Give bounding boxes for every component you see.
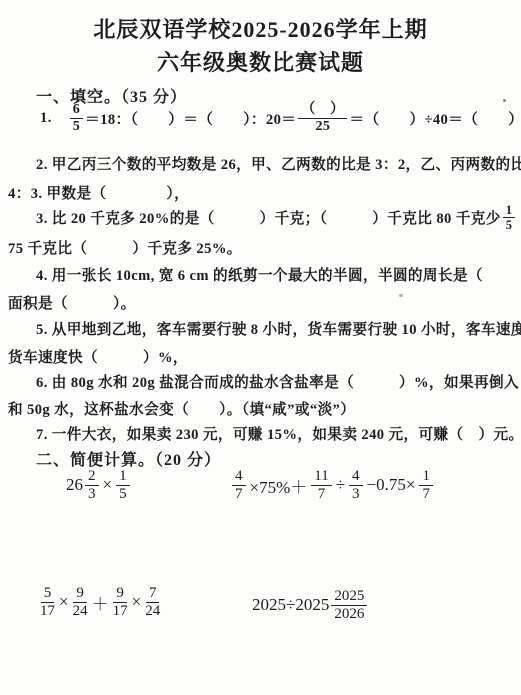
- fraction-denominator: 7: [422, 486, 430, 503]
- fraction-denominator: 24: [145, 603, 160, 620]
- fraction-numerator: 1: [116, 468, 130, 486]
- question-4-line1: 4. 用一张长 10cm, 宽 6 cm 的纸剪一个最大的半圆，半圆的周长是（ …: [36, 264, 521, 285]
- question-3-line1: 3. 比 20 千克多 20%的是（ ）千克；（ ）千克比 80 千克少 15: [36, 203, 517, 232]
- multiply-sign: ×: [132, 592, 142, 612]
- question-2-line1: 2. 甲乙丙三个数的平均数是 26，甲、乙两数的比是 3：2，乙、丙两数的比是: [36, 153, 521, 174]
- fraction-numerator: 11: [311, 468, 331, 486]
- fraction-denominator: 5: [73, 119, 80, 135]
- question-1: 1. 65 ＝18：（ ）＝（ ）：20＝ （ ）25 ＝（ ）÷40＝（ ）%: [40, 102, 521, 134]
- fraction-1-5: 15: [503, 203, 516, 232]
- fraction-numerator: 5: [41, 585, 55, 603]
- fraction-blank-25: （ ）25: [298, 102, 347, 134]
- test-paper-page: 北辰双语学校2025-2026学年上期 六年级奥数比赛试题 一、填空。（35 分…: [0, 0, 521, 695]
- paper-title-line2: 六年级奥数比赛试题: [0, 46, 521, 77]
- section-calc-heading: 二、简便计算。（20 分）: [36, 447, 221, 470]
- fraction-numerator: （ ）: [298, 102, 347, 119]
- question-3-text: 3. 比 20 千克多 20%的是（ ）千克；（ ）千克比 80 千克少: [36, 207, 501, 228]
- fraction-1-7: 17: [419, 468, 433, 503]
- paper-title-line1: 北辰双语学校2025-2026学年上期: [0, 13, 521, 44]
- fraction-denominator: 7: [235, 486, 243, 503]
- fraction-2-3: 23: [85, 468, 99, 503]
- fraction-denominator: 25: [315, 119, 330, 135]
- multiply-sign: ×: [59, 592, 69, 612]
- fraction-4-7: 47: [232, 468, 246, 503]
- fraction-numerator: 9: [73, 585, 87, 603]
- fraction-numerator: 6: [70, 102, 83, 119]
- question-3-line2: 75 千克比（ ）千克多 25%。: [8, 237, 242, 258]
- question-6-line2: 和 50g 水，这杯盐水会变（ ）。（填“咸”或“淡”）: [8, 398, 355, 419]
- expr2-op1: ×75%＋: [250, 473, 308, 498]
- expression-2: 47 ×75%＋ 117 ÷ 43 −0.75× 17: [230, 468, 435, 503]
- expr4-head: 2025÷2025: [252, 595, 329, 615]
- plus-sign: ＋: [92, 590, 109, 615]
- fraction-denominator: 17: [40, 603, 55, 620]
- fraction-denominator: 7: [318, 486, 326, 503]
- fraction-4-3: 43: [349, 468, 363, 503]
- question-4-line2: 面积是（ ）。: [8, 292, 136, 313]
- fraction-5-17: 517: [40, 585, 55, 620]
- fraction-denominator: 5: [506, 218, 513, 232]
- question-2-line2: 4：3. 甲数是（ ），: [8, 182, 189, 203]
- fraction-numerator: 2: [85, 468, 99, 486]
- question-5-line2: 货车速度快（ ）%，: [8, 346, 188, 367]
- question-5-line1: 5. 从甲地到乙地，客车需要行驶 8 小时，货车需要行驶 10 小时，客车速度比: [36, 318, 521, 339]
- fraction-numerator: 4: [349, 468, 363, 486]
- expr1-whole: 26: [66, 475, 83, 495]
- multiply-sign: ×: [103, 475, 113, 495]
- fraction-denominator: 3: [352, 486, 360, 503]
- expression-1: 26 23 × 15: [66, 468, 132, 503]
- fraction-numerator: 2025: [331, 588, 367, 606]
- question-1-text-tail: ＝（ ）÷40＝（ ）%: [349, 108, 521, 129]
- fraction-numerator: 1: [503, 203, 516, 218]
- fraction-11-7: 117: [311, 468, 331, 503]
- question-7: 7. 一件大衣，如果卖 230 元，可赚 15%，如果卖 240 元，可赚（ ）…: [36, 423, 521, 444]
- fraction-6-5: 65: [70, 102, 83, 134]
- fraction-numerator: 7: [146, 585, 160, 603]
- scan-artifact-dot: [503, 99, 506, 102]
- scan-artifact-mark: [399, 294, 403, 297]
- fraction-numerator: 9: [113, 585, 127, 603]
- fraction-denominator: 2026: [334, 606, 364, 623]
- question-1-number: 1.: [40, 110, 52, 127]
- question-6-line1: 6. 由 80g 水和 20g 盐混合而成的盐水含盐率是（ ）%，如果再倒入 5…: [36, 371, 521, 392]
- fraction-denominator: 17: [113, 603, 128, 620]
- fraction-1-5: 15: [116, 468, 130, 503]
- expression-4: 2025÷2025 20252026: [252, 588, 369, 623]
- expr2-op3: −0.75×: [367, 475, 416, 495]
- fraction-2025-2026: 20252026: [331, 588, 367, 623]
- divide-sign: ÷: [336, 475, 345, 495]
- fraction-7-24: 724: [145, 585, 160, 620]
- fraction-numerator: 1: [419, 468, 433, 486]
- fraction-denominator: 5: [119, 486, 127, 503]
- question-1-text-mid: ＝18：（ ）＝（ ）：20＝: [85, 108, 296, 129]
- fraction-9-24: 924: [73, 585, 88, 620]
- fraction-numerator: 4: [232, 468, 246, 486]
- expression-3: 517 × 924 ＋ 917 × 724: [38, 585, 162, 620]
- fraction-denominator: 24: [73, 603, 88, 620]
- fraction-denominator: 3: [88, 486, 96, 503]
- fraction-9-17: 917: [113, 585, 128, 620]
